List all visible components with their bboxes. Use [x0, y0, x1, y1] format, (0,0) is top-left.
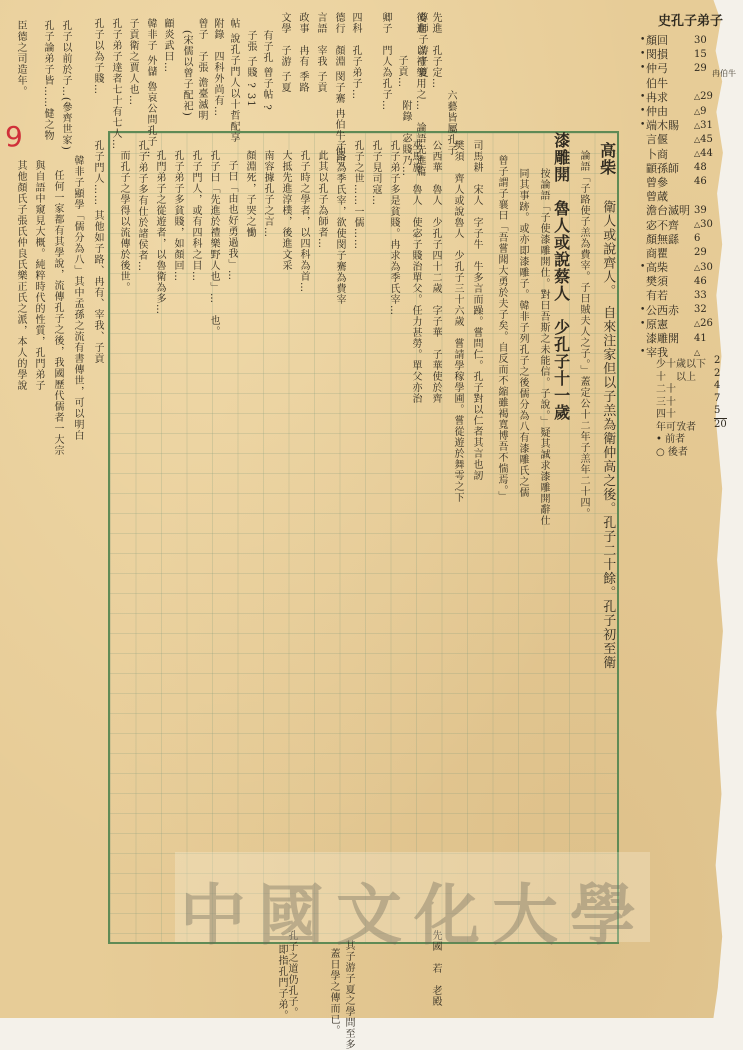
text-column: 衛人或說齊人。 自來注家但以子羔為衛仲高之後。孔子二十餘。孔子初至衛	[600, 200, 614, 820]
summary-total: 20	[714, 418, 727, 431]
age-gap: 46	[694, 176, 718, 187]
roster-row: •閔損15	[640, 47, 740, 61]
note-column: 政事 冉有 季路	[297, 12, 308, 93]
text-column: 司馬耕 宋人 字子牛 牛多言而躁。嘗問仁。孔子對以仁者其言也訒	[471, 140, 482, 481]
note-column: 韓非子 外儲 魯哀公問孔子…	[145, 18, 156, 158]
text-column: 子曰「由也好勇過我」…	[226, 160, 237, 281]
age-gap: 29	[700, 91, 724, 102]
summary-row: 二十4	[656, 380, 736, 393]
age-gap: 45	[700, 134, 724, 145]
text-column: 孔子之世……一儒……	[352, 140, 363, 250]
summary-label: 三十	[656, 393, 714, 406]
note-column: 顧炎武曰…	[162, 18, 173, 73]
text-column: 南容據孔子之言…	[262, 150, 273, 238]
note-column: 言語 宰我 子貢	[315, 12, 326, 93]
roster-row: 漆雕開41	[640, 331, 740, 345]
roster-row: 宓不齊△30	[640, 217, 740, 231]
heading-qidiao-kai: 漆雕開 魯人或說蔡人 少孔子十一歲	[552, 132, 570, 421]
note-column: 曾子 子張 澹臺滅明	[196, 18, 207, 121]
roster-row: 樊須46	[640, 274, 740, 288]
roster-row: 顏無繇6	[640, 232, 740, 246]
age-gap: 6	[694, 233, 718, 244]
text-column: 公西華 魯人 少孔子四十二歲 字子華 子華使於齊	[430, 140, 441, 404]
note-column: 四科 孔子弟子…	[350, 12, 361, 100]
summary-row: 十 以上2	[656, 368, 736, 381]
age-gap: 30	[694, 35, 718, 46]
age-gap: 9	[700, 106, 724, 117]
age-gap: 30	[700, 219, 724, 230]
summary-count: 2	[714, 368, 720, 381]
text-column: 巫馬施 魯人 使宓子賤治單父。任力甚勞。單父亦治	[410, 140, 421, 404]
overflow-column: 蓋日學之傳而已。	[328, 948, 339, 1024]
footnote: • 前者	[656, 430, 685, 443]
roster-row: •冉求△29	[640, 90, 740, 104]
text-column: 孔子弟子多貧賤，如顏回…	[172, 150, 183, 282]
text-column: 孔子時之學者，以四科為首…	[298, 150, 309, 293]
summary-row: 三十7	[656, 393, 736, 406]
summary-count: 2	[714, 355, 720, 368]
roster-row: •公西赤32	[640, 303, 740, 317]
text-column: 論語「子路使子羔為費宰。子曰賊夫人之子。」蓋定公十二年子羔年二十四。	[578, 150, 589, 519]
roster-row: 言偃△45	[640, 132, 740, 146]
note-column: 子貢…	[396, 55, 407, 88]
roster-row: •高柴△30	[640, 260, 740, 274]
roster-row: 卜商△44	[640, 147, 740, 161]
note-column: 有子孔 曾子帖 ?	[261, 30, 272, 111]
age-gap: 26	[700, 318, 724, 329]
text-column: 同其事跡。或亦即漆雕子。韓非子列孔子之後儒分為八有漆雕氏之儒	[517, 168, 528, 498]
text-column: 此其以孔子為師者…	[316, 150, 327, 249]
note-column: 後進 以禮樂用之… 論語先進篇	[414, 12, 425, 177]
summary-total-row: 年可攷者20	[656, 418, 736, 431]
age-gap: 44	[700, 148, 724, 159]
note-column: 六藝皆屬孔子	[445, 90, 456, 156]
footnote-row: • 前者	[656, 430, 736, 443]
note-column: 子張 子賤 ? 31	[245, 30, 256, 108]
margin-text-column: 孔子門人…… 其他如子路、冉有、宰我、子貢	[92, 140, 103, 364]
note-column: 臣德之司造年。	[15, 20, 26, 97]
note-column: 附錄 四科外尚有…	[212, 18, 223, 117]
text-column: 按論語「子使漆雕開仕。對曰吾斯之未能信。子說。」疑其誠求漆雕開辭仕	[538, 168, 549, 526]
roster-row: •原憲△26	[640, 317, 740, 331]
text-column: 孔門弟子之從遊者，以魯衛為多…	[154, 150, 165, 315]
text-column: 孔子門人，或有四科之目…	[190, 150, 201, 282]
summary-label: 四十	[656, 405, 714, 418]
note-column: 孔子以前於子…(參齊世家)	[60, 20, 71, 151]
footnote: ○ 後者	[656, 443, 688, 456]
age-gap: 48	[694, 162, 718, 173]
page-number: 9	[5, 120, 23, 153]
margin-text-column: 韓非子顯學「儒分為八」其中孟孫之流有書傳世，可以明白	[72, 155, 83, 441]
roster-side-note: 冉伯牛	[712, 68, 736, 79]
text-column: 而孔子之學得以流傳於後世。	[118, 150, 129, 293]
margin-text-column: 任何一家都有其學說，流傳孔子之後，我國歷代儒者一大宗	[52, 170, 63, 456]
summary-count: 7	[714, 393, 720, 406]
roster-row: •端木賜△31	[640, 118, 740, 132]
note-column: 孔子論弟子皆……健之物	[42, 20, 53, 141]
roster-row: 曾蒧	[640, 189, 740, 203]
note-column: 附錄 宓賤乃…	[400, 100, 411, 177]
disciples-roster: 史孔子弟子 •顏回30 •閔損15 •仲弓29 伯牛 •冉求△29 •仲由△9 …	[640, 10, 740, 359]
note-column: 子貢衛之賈人也…	[127, 18, 138, 106]
note-column: 文學 子游 子夏	[279, 12, 290, 93]
age-gap: 46	[694, 276, 718, 287]
age-gap: 29	[694, 247, 718, 258]
summary-row: 少十歲以下2	[656, 355, 736, 368]
text-column: 孔子弟子多是貧賤。冉求為季氏宰…	[388, 140, 399, 316]
summary-count: 4	[714, 380, 720, 393]
note-column: 帖 說孔子門人以十哲配享	[228, 18, 239, 143]
age-gap: 32	[694, 304, 718, 315]
summary-label: 二十	[656, 380, 714, 393]
watermark-text: 中國文化大學	[180, 862, 648, 957]
note-column: 德行 顏淵 閔子騫 冉伯牛 仲弓	[333, 12, 344, 168]
age-gap: 30	[700, 262, 724, 273]
note-column: 卿子 門人為孔子…	[380, 12, 391, 111]
note-column: (宋儒以曾子配祀)	[181, 30, 192, 117]
age-summary: 少十歲以下2 十 以上2 二十4 三十7 四十5 年可攷者20 • 前者 ○ 後…	[656, 355, 736, 455]
text-column: 孔子曰「先進於禮樂野人也」… 也。	[208, 150, 219, 337]
note-column: 孔子弟子達者七十有七人…	[110, 18, 121, 150]
roster-row: 澹台滅明39	[640, 203, 740, 217]
text-column: 樊須 齊人或說魯人 少孔子三十六歲 嘗請學稼學圃。嘗從遊於舞雩之下	[452, 140, 463, 503]
text-column: 孔子見司寇…	[370, 140, 381, 206]
roster-row: 曾參46	[640, 175, 740, 189]
age-gap: 33	[694, 290, 718, 301]
roster-row: 顓孫師48	[640, 161, 740, 175]
roster-row: 有若33	[640, 288, 740, 302]
text-column: 顏淵死，子哭之慟	[244, 150, 255, 238]
margin-text-column: 與自語中窺見大概。純粹時代的性質，孔門弟子	[33, 160, 44, 391]
summary-label: 十 以上	[656, 368, 714, 381]
text-column: 大抵先進淳樸，後進文采	[280, 150, 291, 271]
footnote-row: ○ 後者	[656, 443, 736, 456]
text-column: 曾子謂子襄曰「吾嘗聞大勇於夫子矣。自反而不縮雖褐寬博吾不惴焉。」	[496, 155, 507, 502]
note-column: 先進 孔子定…	[430, 12, 441, 89]
roster-row: 商瞿29	[640, 246, 740, 260]
heading-gao-chai: 高柴	[598, 142, 616, 176]
summary-label: 年可攷者	[656, 418, 714, 431]
summary-row: 四十5	[656, 405, 736, 418]
summary-label: 少十歲以下	[656, 355, 714, 368]
roster-row: •仲由△9	[640, 104, 740, 118]
text-column: 孔子弟子多有仕於諸侯者…	[136, 140, 147, 272]
roster-row: •顏回30	[640, 33, 740, 47]
summary-count: 5	[714, 405, 720, 418]
note-column: 孔子以為子賤…	[92, 18, 103, 95]
age-gap: 15	[694, 49, 718, 60]
age-gap: 41	[694, 333, 718, 344]
age-gap: 39	[694, 205, 718, 216]
age-gap: 31	[700, 120, 724, 131]
margin-text-column: 其他顏氏子張氏仲良氏樂正氏之派，本人的學說	[15, 160, 26, 391]
roster-title: 史孔子弟子	[658, 10, 740, 29]
